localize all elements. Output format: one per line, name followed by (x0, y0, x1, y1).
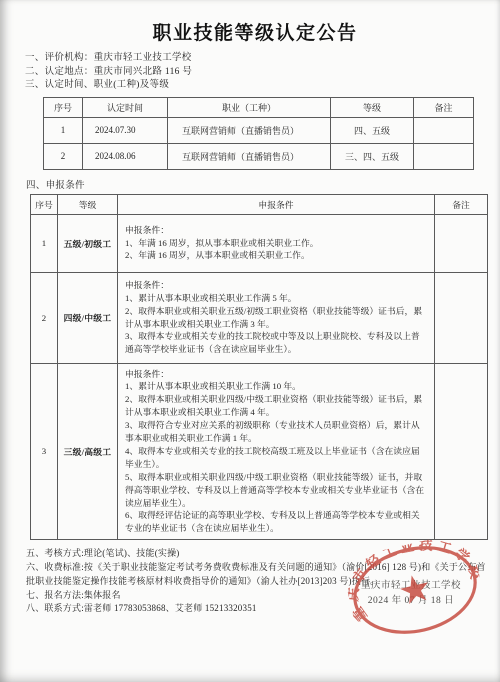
cell-time: 2024.07.30 (83, 117, 168, 143)
cell-remark (414, 117, 474, 143)
section-conditions-label: 四、申报条件 (26, 177, 485, 191)
cell-occupation: 互联网营销师（直播销售员） (168, 143, 331, 169)
table-row: 2 四级/中级工 申报条件： 1、累计从事本职业或相关职业工作满 5 年。 2、… (31, 272, 488, 363)
table-row: 3 三级/高级工 申报条件： 1、累计从事本职业或相关职业工作满 10 年。 2… (31, 363, 488, 540)
conditions-table: 序号 等级 申报条件 备注 1 五级/初级工 申报条件： 1、年满 16 周岁，… (30, 194, 488, 541)
cell-no: 2 (31, 272, 58, 363)
schedule-col-no: 序号 (44, 97, 83, 117)
cell-level: 四级/中级工 (58, 272, 118, 363)
table-row: 2 2024.08.06 互联网营销师（直播销售员） 三、四、五级 (44, 143, 474, 169)
cell-level: 三、四、五级 (331, 143, 414, 169)
intro-line-schedule: 三、认定时间、职业(工种)及等级 (25, 79, 485, 93)
cell-no: 2 (44, 143, 83, 169)
footer-line-exam-method: 五、考核方式:理论(笔试)、技能(实操) (26, 547, 488, 561)
conditions-col-no: 序号 (31, 194, 58, 214)
cell-conditions: 申报条件： 1、年满 16 周岁，拟从事本职业或相关职业工作。 2、年满 16 … (118, 214, 435, 272)
schedule-col-time: 认定时间 (83, 97, 168, 117)
cell-no: 3 (31, 363, 58, 540)
cell-remark (414, 143, 474, 169)
schedule-header-row: 序号 认定时间 职业（工种） 等级 备注 (44, 97, 474, 117)
cell-no: 1 (44, 117, 83, 143)
signature-date: 2024 年 07 月 18 日 (336, 594, 486, 609)
cell-level: 三级/高级工 (58, 363, 118, 540)
schedule-col-level: 等级 (331, 97, 414, 117)
cell-level: 四、五级 (331, 117, 414, 143)
signature-block: 重庆市轻工业技工学校 2024 年 07 月 18 日 (336, 579, 486, 608)
schedule-table: 序号 认定时间 职业（工种） 等级 备注 1 2024.07.30 互联网营销师… (43, 97, 474, 170)
conditions-col-remark: 备注 (435, 194, 488, 214)
scanned-announcement-page: 职业技能等级认定公告 一、评价机构：重庆市轻工业技工学校 二、认定地点：重庆市同… (0, 0, 500, 682)
cell-level: 五级/初级工 (58, 214, 118, 272)
cell-conditions: 申报条件： 1、累计从事本职业或相关职业工作满 5 年。 2、取得本职业或相关职… (118, 272, 435, 363)
cell-conditions: 申报条件： 1、累计从事本职业或相关职业工作满 10 年。 2、取得本职业或相关… (118, 363, 435, 540)
conditions-header-row: 序号 等级 申报条件 备注 (31, 194, 488, 214)
table-row: 1 2024.07.30 互联网营销师（直播销售员） 四、五级 (44, 117, 474, 143)
cell-no: 1 (31, 214, 58, 272)
cell-remark (435, 363, 488, 540)
page-content: 职业技能等级认定公告 一、评价机构：重庆市轻工业技工学校 二、认定地点：重庆市同… (0, 0, 500, 616)
cell-remark (435, 214, 488, 272)
intro-line-evaluator: 一、评价机构：重庆市轻工业技工学校 (25, 52, 485, 66)
conditions-col-conditions: 申报条件 (118, 194, 435, 214)
table-row: 1 五级/初级工 申报条件： 1、年满 16 周岁，拟从事本职业或相关职业工作。… (31, 214, 488, 272)
cell-time: 2024.08.06 (83, 143, 168, 169)
cell-occupation: 互联网营销师（直播销售员） (168, 117, 331, 143)
signature-org: 重庆市轻工业技工学校 (336, 579, 486, 594)
page-title: 职业技能等级认定公告 (25, 18, 485, 45)
cell-remark (435, 272, 488, 363)
conditions-col-level: 等级 (58, 194, 118, 214)
schedule-col-occupation: 职业（工种） (168, 97, 331, 117)
intro-line-location: 二、认定地点：重庆市同兴北路 116 号 (25, 66, 485, 80)
schedule-col-remark: 备注 (414, 97, 474, 117)
